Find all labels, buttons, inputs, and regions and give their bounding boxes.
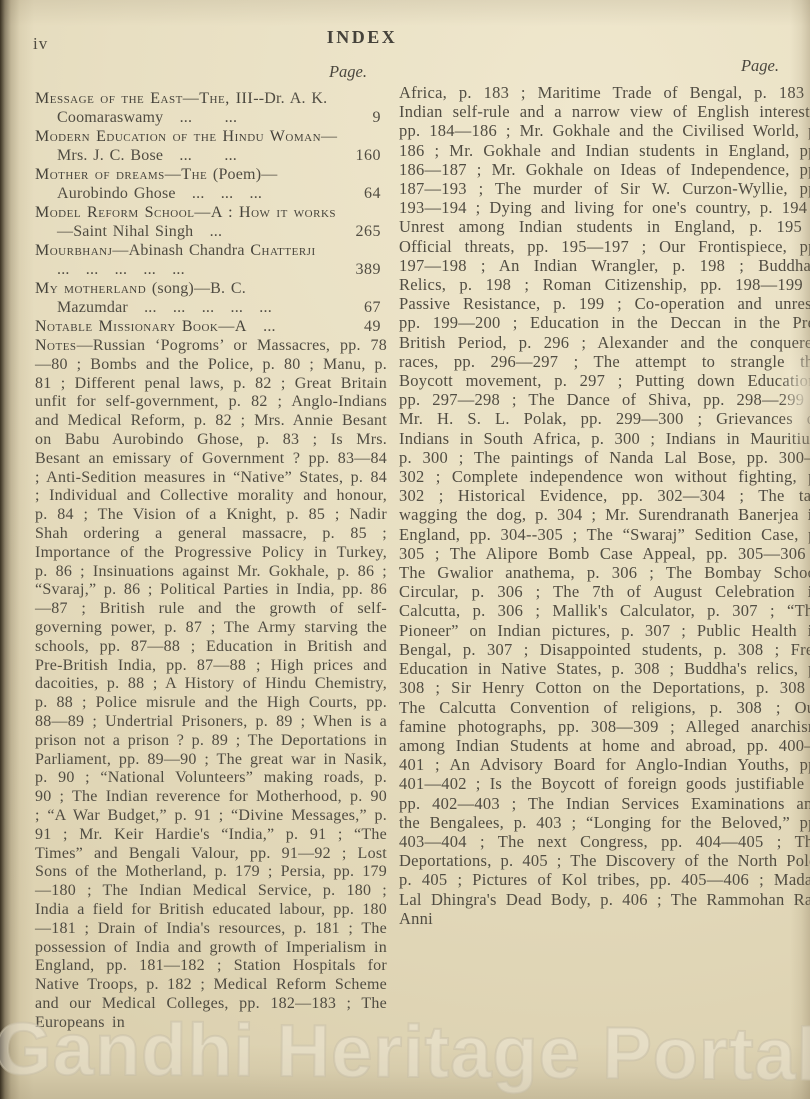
entry-headword: Message of the East—The, III (35, 90, 253, 107)
entry-headword: Notable Missionary Book—A (35, 318, 247, 335)
left-page-column-label: Page. (35, 62, 387, 82)
index-continuation-paragraph: Africa, p. 183 ; Maritime Trade of Benga… (399, 83, 810, 928)
index-entry: Mourbhanj—Abinash Chandra Chatterji ... … (35, 241, 387, 279)
entry-headword: Mother of dreams—The (35, 166, 207, 183)
index-entry: Modern Education of the Hindu Woman—Mrs.… (35, 127, 387, 165)
entry-headword: Notes (35, 337, 77, 354)
right-column: Page. Africa, p. 183 ; Maritime Trade of… (399, 56, 810, 928)
entry-page-number: 67 (364, 298, 381, 317)
entry-text: —Abinash Chandra (112, 242, 250, 259)
notes-text: —Russian ‘Pogroms’ or Massacres, pp. 78—… (35, 337, 387, 1031)
entry-page-number: 49 (364, 317, 381, 336)
entry-headword-2: Chatterji (250, 242, 315, 259)
entry-page-number: 389 (356, 260, 382, 279)
notes-entry-paragraph: Notes—Russian ‘Pogroms’ or Massacres, pp… (35, 337, 387, 1032)
entry-page-number: 64 (364, 184, 381, 203)
page-title: INDEX (0, 27, 724, 48)
dot-leaders: ... ... ... ... ... (128, 299, 272, 316)
index-entry: Notable Missionary Book—A ... 49 (35, 317, 387, 336)
left-column: Page. Message of the East—The, III--Dr. … (35, 62, 387, 1032)
index-entry: Mother of dreams—The (Poem)—Aurobindo Gh… (35, 165, 387, 203)
dot-leaders: ... ... (163, 147, 237, 164)
entry-headword: Model Reform School—A : How it works (35, 204, 336, 221)
entry-headword: Modern Education of the Hindu Woman (35, 128, 321, 145)
index-entry: Model Reform School—A : How it works—Sai… (35, 203, 387, 241)
dot-leaders: ... ... (163, 109, 237, 126)
entry-page-number: 160 (356, 146, 382, 165)
entry-headword: Mourbhanj (35, 242, 112, 259)
dot-leaders: ... ... ... (176, 185, 262, 202)
dot-leaders: ... (247, 318, 276, 335)
entry-page-number: 265 (356, 222, 382, 241)
right-page-column-label: Page. (399, 56, 810, 76)
entry-page-number: 9 (373, 108, 382, 127)
entry-text: —Saint Nihal Singh (57, 223, 193, 240)
dot-leaders: ... ... ... ... ... (57, 261, 185, 278)
entry-headword: My motherland (35, 280, 146, 297)
index-entry: My motherland (song)—B. C. Mazumdar ... … (35, 279, 387, 317)
index-entry: Message of the East—The, III--Dr. A. K. … (35, 89, 387, 127)
dot-leaders: ... (193, 223, 222, 240)
